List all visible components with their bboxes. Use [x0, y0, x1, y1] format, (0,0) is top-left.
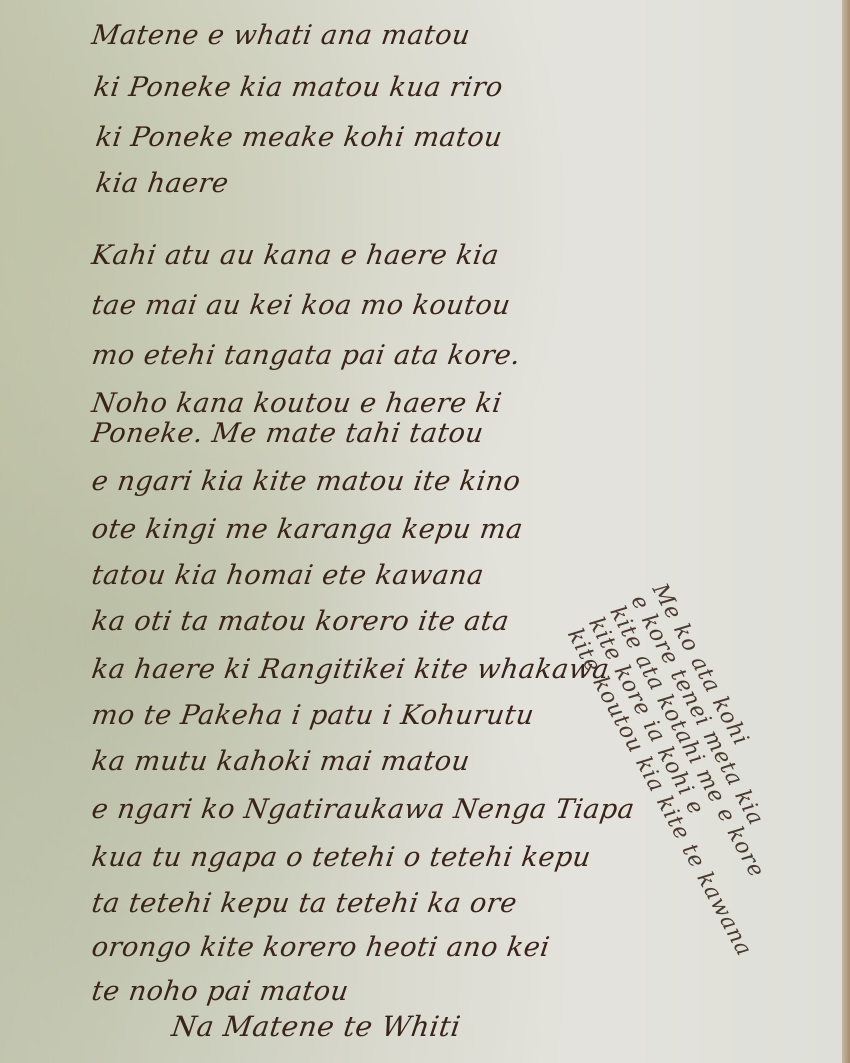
- text-line: mo etehi tangata pai ata kore.: [90, 340, 523, 371]
- text-line: ka haere ki Rangitikei kite whakawa: [90, 654, 611, 685]
- page-edge: [842, 0, 850, 1063]
- text-line: mo te Pakeha i patu i Kohurutu: [90, 700, 536, 731]
- text-line: Poneke. Me mate tahi tatou: [90, 418, 486, 449]
- text-line: ote kingi me karanga kepu ma: [90, 514, 525, 545]
- text-line: tae mai au kei koa mo koutou: [90, 290, 513, 321]
- text-line: orongo kite korero heoti ano kei: [90, 932, 552, 963]
- text-line: kua tu ngapa o tetehi o tetehi kepu: [90, 842, 593, 873]
- text-line: Matene e whati ana matou: [90, 20, 472, 51]
- text-line: ki Poneke kia matou kua riro: [92, 72, 505, 103]
- text-line: ka mutu kahoki mai matou: [90, 746, 472, 777]
- text-line: kia haere: [94, 168, 231, 199]
- text-line: Kahi atu au kana e haere kia: [90, 240, 501, 271]
- text-line: e ngari kia kite matou ite kino: [90, 466, 523, 497]
- text-line: ta tetehi kepu ta tetehi ka ore: [90, 888, 519, 919]
- text-line: ki Poneke meake kohi matou: [94, 122, 505, 153]
- manuscript-page: Matene e whati ana matou ki Poneke kia m…: [0, 0, 842, 1063]
- text-line: te noho pai matou: [90, 976, 351, 1007]
- text-line: ka oti ta matou korero ite ata: [90, 606, 511, 637]
- signature: Na Matene te Whiti: [170, 1010, 463, 1043]
- text-line: Noho kana koutou e haere ki: [90, 388, 504, 419]
- text-line: e ngari ko Ngatiraukawa Nenga Tiapa: [90, 794, 637, 825]
- text-line: tatou kia homai ete kawana: [90, 560, 486, 591]
- margin-note-line: kite ata kotahi me e kore: [604, 603, 846, 1029]
